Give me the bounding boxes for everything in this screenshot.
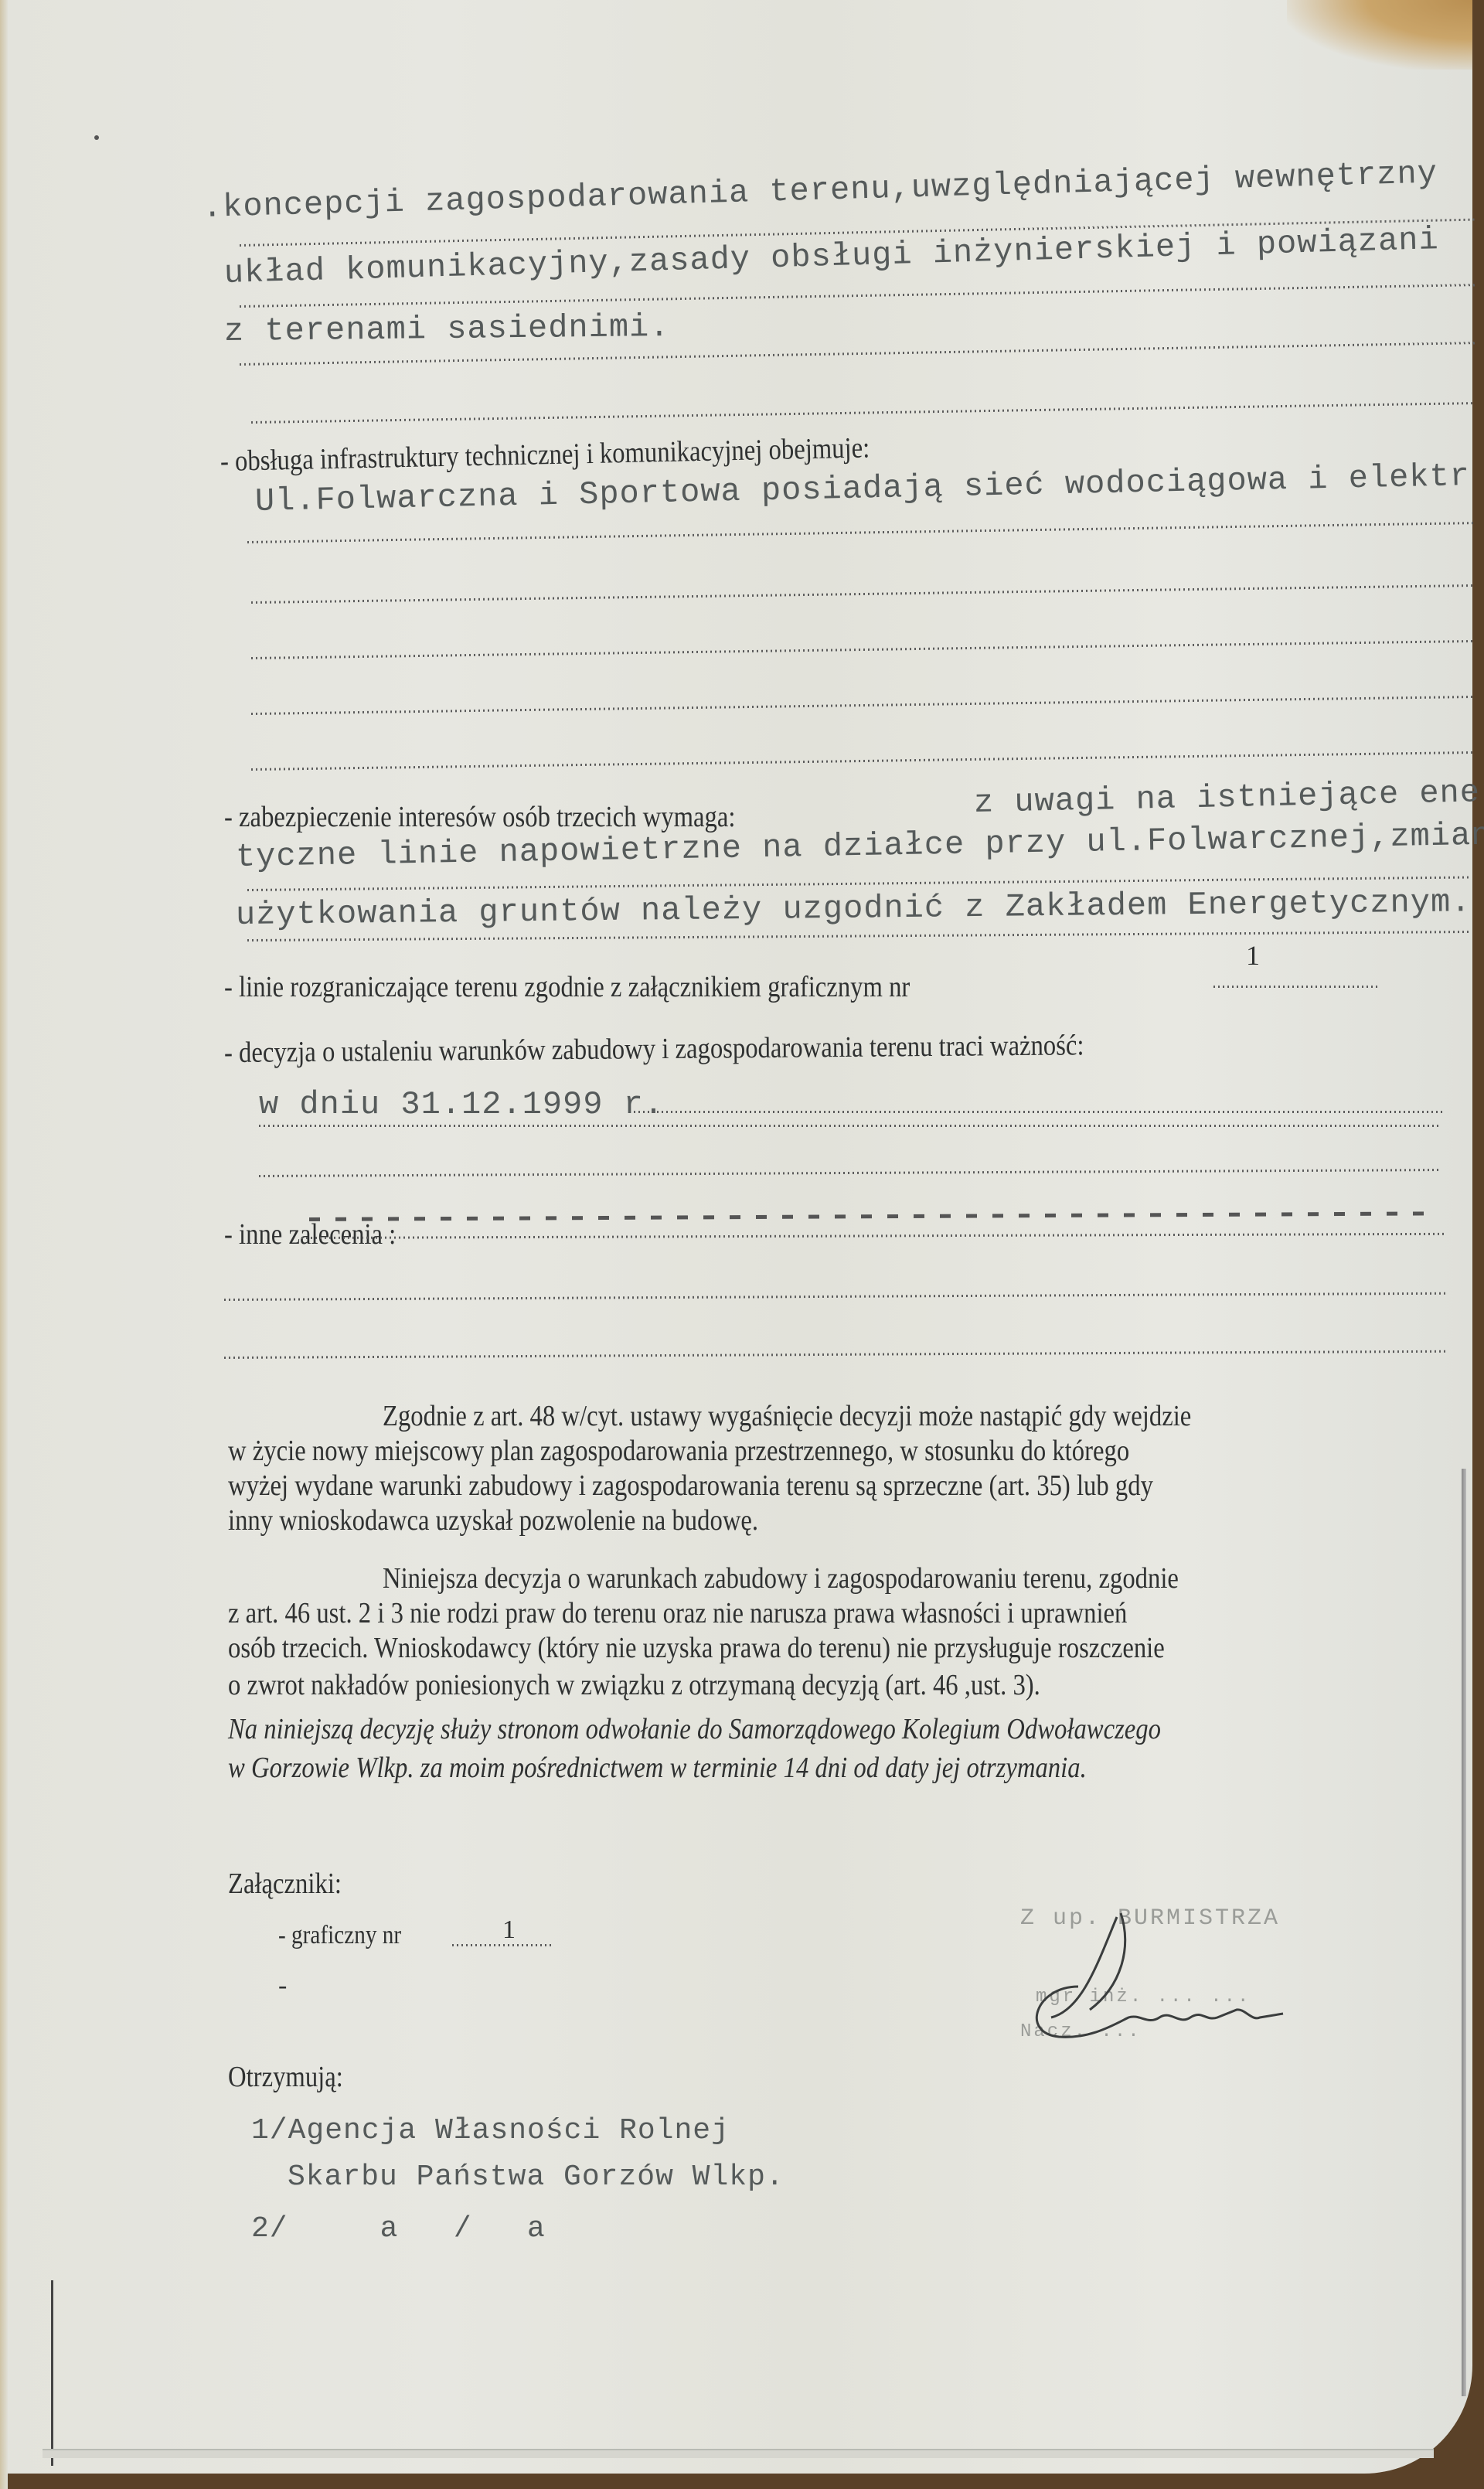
dotted-rule [259, 1125, 1441, 1127]
dotted-rule [224, 1350, 1445, 1359]
paragraph-line: Zgodnie z art. 48 w/cyt. ustawy wygaśnię… [383, 1399, 1191, 1433]
other-recommendations-label: - inne zalecenia : [224, 1217, 396, 1251]
dotted-rule [251, 640, 1472, 659]
speck [94, 135, 99, 140]
dotted-rule [251, 584, 1472, 604]
appeal-line: w Gorzowie Wlkp. za moim pośrednictwem w… [228, 1751, 1087, 1785]
appeal-line: Na niniejszą decyzję służy stronom odwoł… [228, 1712, 1161, 1746]
dotted-rule [240, 284, 1476, 308]
dotted-rule [259, 1169, 1441, 1177]
attachment-item-1-value: 1 [502, 1915, 516, 1945]
third-parties-value-3: użytkowania gruntów należy uzgodnić z Za… [236, 884, 1472, 934]
dotted-rule [251, 751, 1472, 771]
binding-edge [0, 0, 8, 2489]
dotted-rule [251, 402, 1472, 424]
infrastructure-label: - obsługa infrastruktury technicznej i k… [220, 431, 870, 478]
third-parties-label: - zabezpieczenie interesów osób trzecich… [224, 800, 735, 834]
paragraph-line: Niniejsza decyzja o warunkach zabudowy i… [383, 1561, 1179, 1595]
dotted-rule [247, 522, 1476, 543]
paragraph-line: inny wnioskodawca uzyskał pozwolenie na … [228, 1503, 758, 1537]
dotted-rule [634, 1111, 1445, 1113]
handwritten-signature [1005, 1902, 1391, 2056]
page-edge [1462, 1469, 1466, 2396]
recipient-line-1: 1/Agencja Własności Rolnej [251, 2114, 730, 2147]
paragraph-line: wyżej wydane warunki zabudowy i zagospod… [228, 1469, 1153, 1503]
document-page: .koncepcji zagospodarowania terenu,uwzgl… [0, 0, 1472, 2474]
dotted-rule [301, 1233, 1445, 1239]
dashed-fill [309, 1211, 1438, 1221]
page-corner [1287, 0, 1472, 70]
dotted-rule [1213, 986, 1380, 988]
third-parties-value-1: z uwagi na istniejące energ [973, 773, 1484, 822]
paragraph-line: w życie nowy miejscowy plan zagospodarow… [228, 1434, 1129, 1468]
page-bottom-edge [43, 2449, 1434, 2458]
dotted-rule [247, 931, 1469, 941]
intro-line-1: .koncepcji zagospodarowania terenu,uwzgl… [202, 155, 1438, 226]
validity-label: - decyzja o ustaleniu warunków zabudowy … [224, 1028, 1084, 1070]
boundary-label: - linie rozgraniczające terenu zgodnie z… [224, 970, 910, 1004]
paragraph-line: z art. 46 ust. 2 i 3 nie rodzi praw do t… [228, 1596, 1127, 1630]
recipient-line-3: 2/ a / a [251, 2212, 546, 2246]
validity-value: w dniu 31.12.1999 r. [259, 1086, 664, 1123]
dotted-rule [251, 696, 1472, 715]
attachment-item-2: - [278, 1971, 287, 2000]
margin-rule [51, 2280, 53, 2466]
paragraph-line: osób trzecich. Wnioskodawcy (który nie u… [228, 1631, 1165, 1665]
recipient-line-2: Skarbu Państwa Gorzów Wlkp. [288, 2160, 785, 2194]
recipients-heading: Otrzymują: [228, 2060, 343, 2094]
paragraph-line: o zwrot nakładów poniesionych w związku … [228, 1668, 1040, 1702]
attachment-item-1-label: - graficzny nr [278, 1921, 401, 1950]
attachments-heading: Załączniki: [228, 1867, 342, 1901]
dotted-rule [224, 1292, 1445, 1301]
boundary-value: 1 [1246, 939, 1260, 972]
intro-line-3: z terenami sasiednimi. [224, 308, 670, 350]
